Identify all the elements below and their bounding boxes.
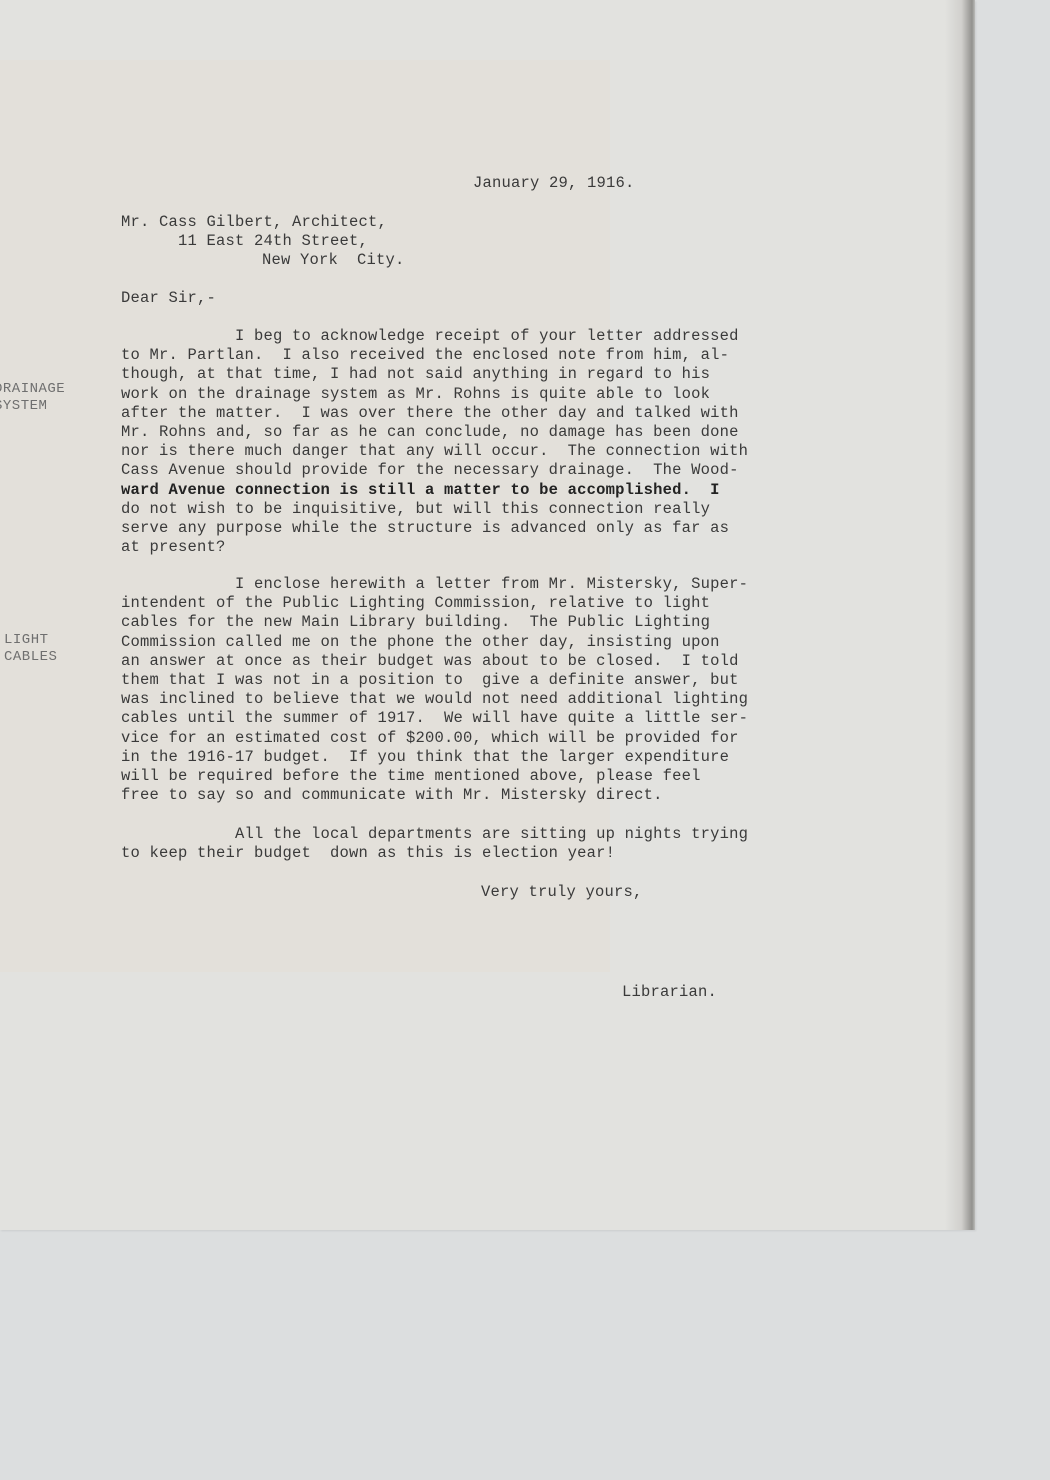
paragraph-line: All the local departments are sitting up… bbox=[121, 825, 748, 844]
paragraph-line: after the matter. I was over there the o… bbox=[121, 404, 748, 423]
paragraph-line: to keep their budget down as this is ele… bbox=[121, 844, 748, 863]
paragraph-line: do not wish to be inquisitive, but will … bbox=[121, 500, 748, 519]
letter-page: January 29, 1916. Mr. Cass Gilbert, Arch… bbox=[0, 0, 975, 1230]
paragraph-line: work on the drainage system as Mr. Rohns… bbox=[121, 385, 748, 404]
paragraph-line: cables for the new Main Library building… bbox=[121, 613, 748, 632]
paragraph-line: Commission called me on the phone the ot… bbox=[121, 633, 748, 652]
paragraph-line: an answer at once as their budget was ab… bbox=[121, 652, 748, 671]
paragraph-line: free to say so and communicate with Mr. … bbox=[121, 786, 748, 805]
margin-note-light-cables: LIGHT CABLES bbox=[4, 632, 57, 666]
paragraph-line: them that I was not in a position to giv… bbox=[121, 671, 748, 690]
letter-date: January 29, 1916. bbox=[473, 174, 635, 193]
paragraph-line: at present? bbox=[121, 538, 748, 557]
margin-note-drainage: DRAINAGE SYSTEM bbox=[0, 381, 65, 415]
salutation: Dear Sir,- bbox=[121, 289, 216, 308]
recipient-city: New York City. bbox=[262, 251, 405, 270]
paragraph-line: to Mr. Partlan. I also received the encl… bbox=[121, 346, 748, 365]
signature-title: Librarian. bbox=[622, 983, 717, 1002]
paragraph-line: vice for an estimated cost of $200.00, w… bbox=[121, 729, 748, 748]
paragraph-line: Mr. Rohns and, so far as he can conclude… bbox=[121, 423, 748, 442]
paragraph-line: was inclined to believe that we would no… bbox=[121, 690, 748, 709]
paragraph-line: I enclose herewith a letter from Mr. Mis… bbox=[121, 575, 748, 594]
paragraph-line: though, at that time, I had not said any… bbox=[121, 365, 748, 384]
paper-edge-shadow bbox=[945, 0, 975, 1230]
paragraph-line: I beg to acknowledge receipt of your let… bbox=[121, 327, 748, 346]
paragraph-light-cables: I enclose herewith a letter from Mr. Mis… bbox=[121, 575, 748, 805]
recipient-name: Mr. Cass Gilbert, Architect, bbox=[121, 213, 387, 232]
recipient-street: 11 East 24th Street, bbox=[178, 232, 368, 251]
paragraph-drainage: I beg to acknowledge receipt of your let… bbox=[121, 327, 748, 557]
paragraph-line: serve any purpose while the structure is… bbox=[121, 519, 748, 538]
paragraph-line: Cass Avenue should provide for the neces… bbox=[121, 461, 748, 480]
closing: Very truly yours, bbox=[481, 883, 643, 902]
paragraph-line: nor is there much danger that any will o… bbox=[121, 442, 748, 461]
paragraph-line: cables until the summer of 1917. We will… bbox=[121, 709, 748, 728]
paragraph-line: ward Avenue connection is still a matter… bbox=[121, 481, 748, 500]
paragraph-budget: All the local departments are sitting up… bbox=[121, 825, 748, 863]
paragraph-line: intendent of the Public Lighting Commiss… bbox=[121, 594, 748, 613]
paragraph-line: will be required before the time mention… bbox=[121, 767, 748, 786]
paragraph-line: in the 1916-17 budget. If you think that… bbox=[121, 748, 748, 767]
